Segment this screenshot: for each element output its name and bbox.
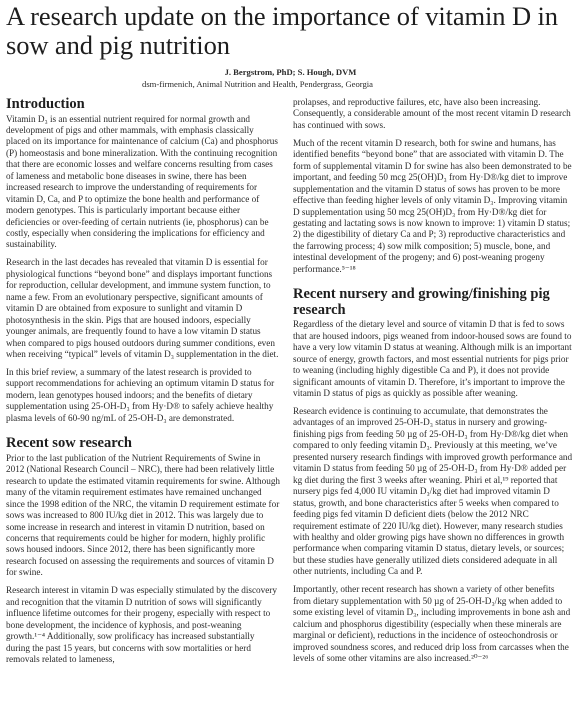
affiliation: dsm-firmenich, Animal Nutrition and Heal… <box>0 78 581 90</box>
paragraph: Importantly, other recent research has s… <box>293 584 573 664</box>
byline: J. Bergstrom, PhD; S. Hough, DVM dsm-fir… <box>0 66 581 90</box>
paragraph: Research interest in vitamin D was espec… <box>6 585 280 665</box>
paragraph: Vitamin D₃ is an essential nutrient requ… <box>6 114 280 251</box>
paragraph: prolapses, and reproductive failures, et… <box>293 97 573 131</box>
authors: J. Bergstrom, PhD; S. Hough, DVM <box>225 67 357 77</box>
left-column: Introduction Vitamin D₃ is an essential … <box>6 97 280 672</box>
section-heading-introduction: Introduction <box>6 97 280 113</box>
right-column: prolapses, and reproductive failures, et… <box>293 97 573 671</box>
document-page: A research update on the importance of v… <box>0 0 581 718</box>
paragraph: Research in the last decades has reveale… <box>6 257 280 360</box>
section-heading-sow-research: Recent sow research <box>6 436 280 452</box>
section-heading-nursery-research: Recent nursery and growing/finishing pig… <box>293 287 573 318</box>
paragraph: Much of the recent vitamin D research, b… <box>293 138 573 275</box>
paragraph: Regardless of the dietary level and sour… <box>293 319 573 399</box>
paragraph: Prior to the last publication of the Nut… <box>6 453 280 579</box>
paragraph: Research evidence is continuing to accum… <box>293 406 573 578</box>
article-title: A research update on the importance of v… <box>6 2 576 60</box>
paragraph: In this brief review, a summary of the l… <box>6 367 280 424</box>
